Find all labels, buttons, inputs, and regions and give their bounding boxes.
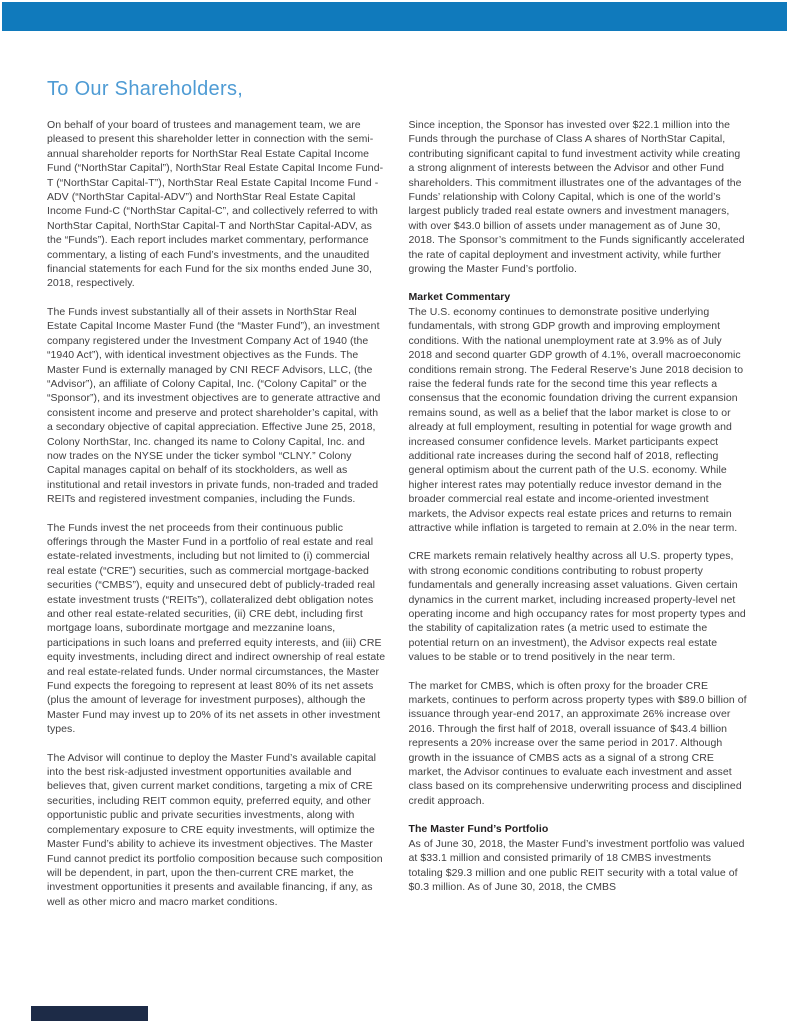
paragraph-master-fund: The Funds invest substantially all of th… xyxy=(47,305,387,507)
top-accent-bar xyxy=(2,2,787,31)
letter-body: On behalf of your board of trustees and … xyxy=(47,118,748,923)
footer-accent-bar xyxy=(31,1006,148,1021)
paragraph-portfolio-value: As of June 30, 2018, the Master Fund’s i… xyxy=(409,837,749,895)
paragraph-us-economy: The U.S. economy continues to demonstrat… xyxy=(409,305,749,536)
paragraph-intro-funds: On behalf of your board of trustees and … xyxy=(47,118,387,291)
section-heading-market-commentary: Market Commentary xyxy=(409,290,749,304)
section-heading-master-fund-portfolio: The Master Fund’s Portfolio xyxy=(409,822,749,836)
paragraph-cre-markets: CRE markets remain relatively healthy ac… xyxy=(409,549,749,664)
paragraph-sponsor-investment: Since inception, the Sponsor has investe… xyxy=(409,118,749,276)
paragraph-cmbs-market: The market for CMBS, which is often prox… xyxy=(409,679,749,809)
shareholder-letter-page: To Our Shareholders, On behalf of your b… xyxy=(0,0,789,1024)
left-column: On behalf of your board of trustees and … xyxy=(47,118,387,923)
right-column: Since inception, the Sponsor has investe… xyxy=(409,118,749,923)
paragraph-advisor-deploy: The Advisor will continue to deploy the … xyxy=(47,751,387,909)
page-title: To Our Shareholders, xyxy=(47,78,243,101)
paragraph-net-proceeds: The Funds invest the net proceeds from t… xyxy=(47,521,387,737)
